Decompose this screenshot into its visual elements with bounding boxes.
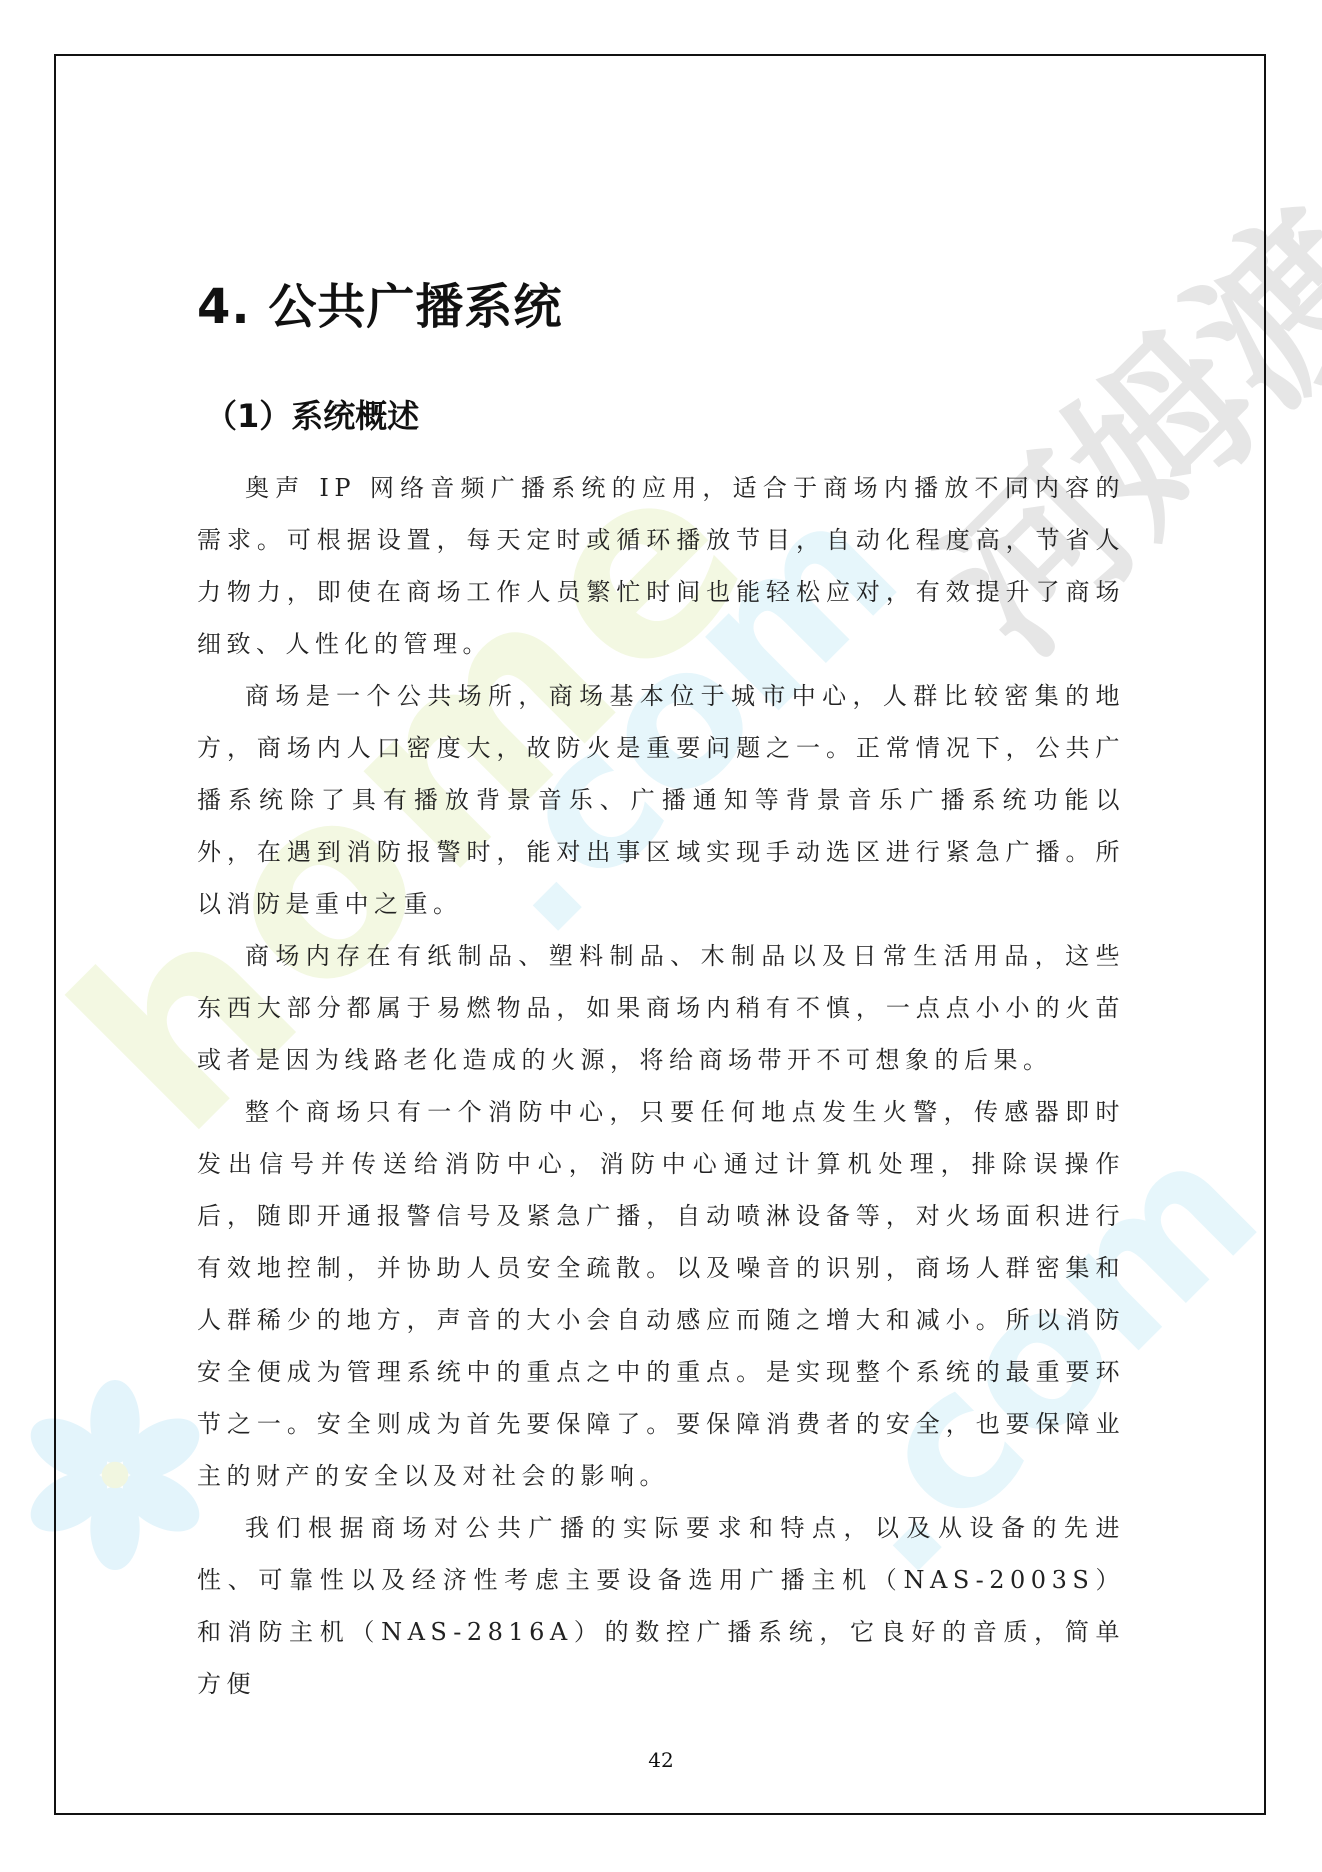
paragraph: 我们根据商场对公共广播的实际要求和特点，以及从设备的先进性、可靠性以及经济性考虑… bbox=[197, 1502, 1125, 1710]
paragraph: 商场内存在有纸制品、塑料制品、木制品以及日常生活用品，这些东西大部分都属于易燃物… bbox=[197, 930, 1125, 1086]
page-number: 42 bbox=[0, 1748, 1322, 1772]
paragraph: 奥声 IP 网络音频广播系统的应用，适合于商场内播放不同内容的需求。可根据设置，… bbox=[197, 462, 1125, 670]
chapter-title: 4. 公共广播系统 bbox=[197, 268, 562, 337]
paragraph: 整个商场只有一个消防中心，只要任何地点发生火警，传感器即时发出信号并传送给消防中… bbox=[197, 1086, 1125, 1502]
section-title: （1）系统概述 bbox=[205, 391, 419, 437]
paragraph: 商场是一个公共场所，商场基本位于城市中心，人群比较密集的地方，商场内人口密度大，… bbox=[197, 670, 1125, 930]
body-text: 奥声 IP 网络音频广播系统的应用，适合于商场内播放不同内容的需求。可根据设置，… bbox=[197, 462, 1125, 1710]
